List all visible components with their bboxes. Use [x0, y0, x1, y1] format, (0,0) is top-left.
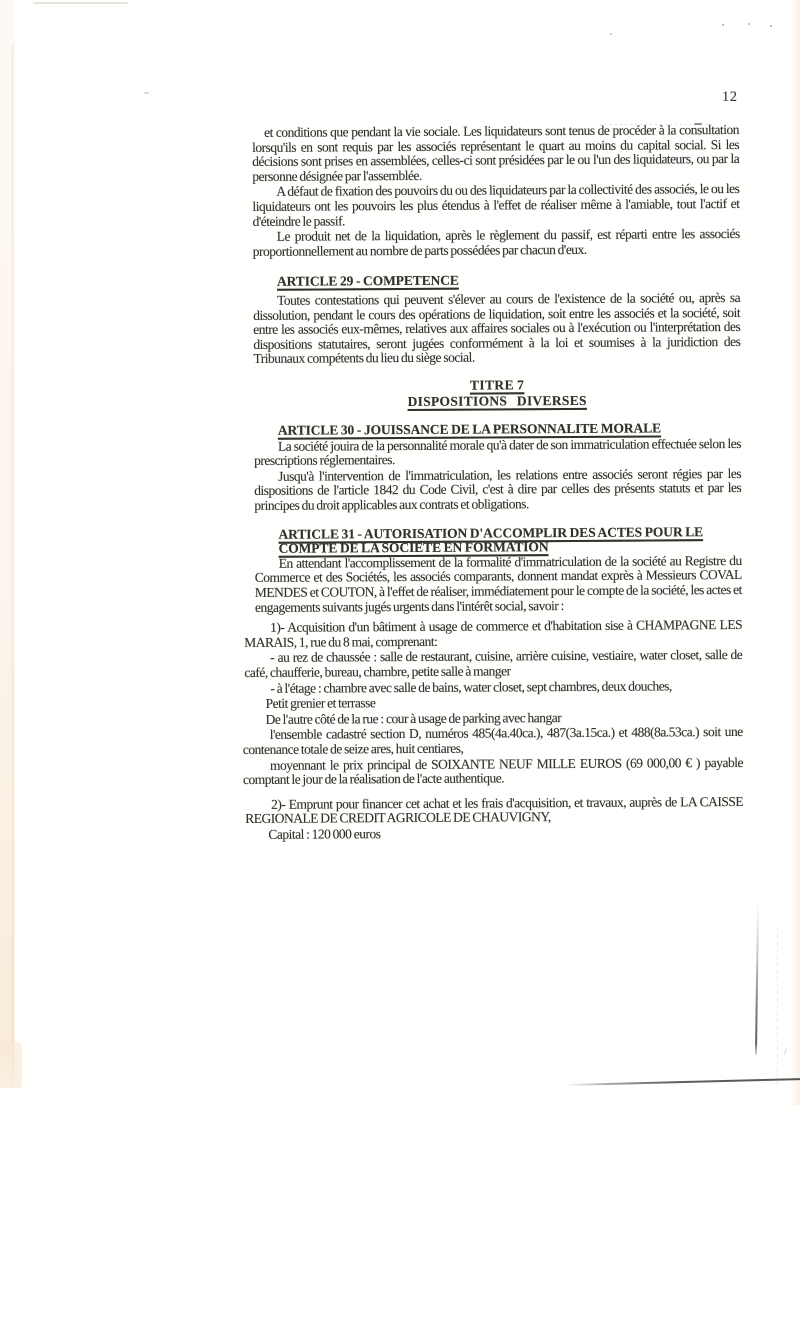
- scan-speckle: [770, 25, 772, 27]
- scan-edge-right: [791, 0, 800, 1105]
- item-1-cadastre: l'ensemble cadastré section D, numéros 4…: [243, 725, 743, 757]
- article-31-paragraph: En attendant l'accomplissement de la for…: [255, 554, 742, 615]
- scan-vertical-streak: [755, 903, 759, 1055]
- scanned-document-page: 12 et conditions que pendant la vie soci…: [0, 0, 800, 1318]
- item-2: 2)- Emprunt pour financer cet achat et l…: [245, 795, 743, 827]
- item-1-ground-floor: - au rez de chaussée : salle de restaura…: [244, 648, 742, 680]
- article-30-paragraph-1: La société jouira de la personnalité mor…: [254, 437, 741, 469]
- liquidation-paragraph-3: Le produit net de la liquidation, après …: [253, 227, 740, 259]
- titre-7-heading: TITRE 7: [254, 377, 741, 395]
- scan-edge-left-line: [12, 45, 13, 1085]
- article-29-heading-text: ARTICLE 29 - COMPETENCE: [277, 273, 459, 289]
- article-29-body: Toutes contestations qui peuvent s'éleve…: [253, 291, 740, 367]
- scan-bottom-line: [566, 1078, 800, 1086]
- page-number: 12: [722, 89, 738, 106]
- scan-speckle: [144, 92, 149, 94]
- article-29-heading: ARTICLE 29 - COMPETENCE: [253, 272, 740, 290]
- item-1-upper-floor: - à l'étage : chambre avec salle de bain…: [244, 679, 742, 697]
- scan-top-line: [33, 2, 128, 4]
- titre-7-text: TITRE 7: [470, 377, 524, 392]
- scan-speckle: [748, 23, 750, 25]
- scan-vertical-streak-faint: [777, 928, 778, 1088]
- document-body: et conditions que pendant la vie sociale…: [252, 123, 743, 843]
- scan-speckle: [722, 24, 724, 26]
- dispositions-diverses-text: DISPOSITIONS DIVERSES: [408, 392, 587, 408]
- dispositions-diverses-heading: DISPOSITIONS DIVERSES: [254, 392, 741, 410]
- article-30-heading-text: ARTICLE 30 - JOUISSANCE DE LA PERSONNALI…: [278, 421, 661, 438]
- scan-tick-mark: [784, 1048, 787, 1055]
- item-1-price: moyennant le prix principal de SOIXANTE …: [243, 756, 743, 788]
- article-30-paragraph-2: Jusqu'à l'intervention de l'immatriculat…: [254, 467, 741, 514]
- item-2-capital: Capital : 120 000 euros: [256, 825, 743, 843]
- liquidation-paragraph-1: et conditions que pendant la vie sociale…: [252, 123, 739, 184]
- scan-speckle: [610, 33, 612, 35]
- liquidation-paragraph-2: A défaut de fixation des pouvoirs du ou …: [252, 182, 739, 229]
- item-1-attic: Petit grenier et terrasse: [255, 694, 742, 712]
- scan-edge-left-notch: [0, 1042, 22, 1088]
- item-1-intro: 1)- Acquisition d'un bâtiment à usage de…: [244, 618, 742, 650]
- scan-edge-left: [0, 0, 15, 1089]
